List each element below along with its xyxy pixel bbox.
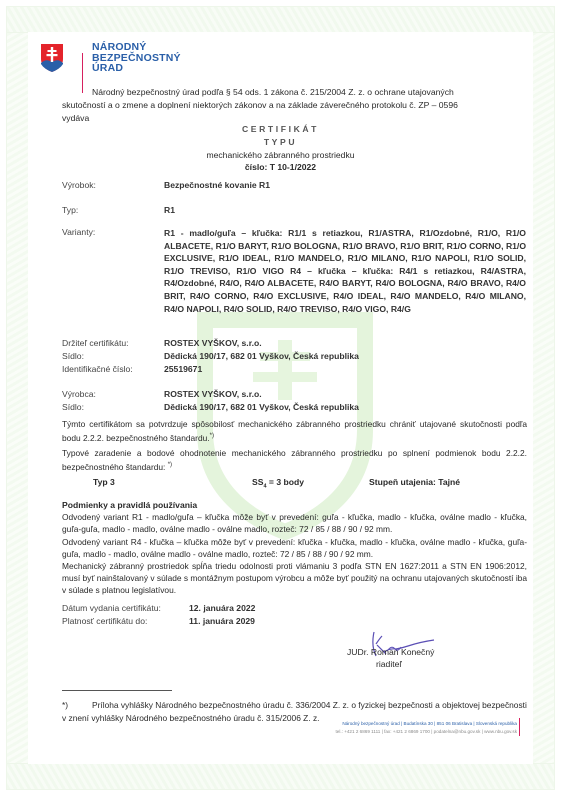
footnote-divider xyxy=(62,690,172,691)
signatory-role: riaditeľ xyxy=(376,659,402,669)
address-line: Národný bezpečnostný úrad | Budatínska 3… xyxy=(342,720,517,727)
confirmation-paragraph: Týmto certifikátom sa potvrdzuje spôsobi… xyxy=(62,418,527,444)
holder-seat-value: Dědická 190/17, 682 01 Vyškov, Česká rep… xyxy=(164,351,359,361)
type-label: Typ: xyxy=(62,205,78,215)
holder-value: ROSTEX VYŠKOV, s.r.o. xyxy=(164,338,262,348)
manufacturer-label: Výrobca: xyxy=(62,389,96,399)
guilloche-border-bottom xyxy=(6,762,555,790)
classification-paragraph: Typové zaradenie a bodové ohodnotenie me… xyxy=(62,447,527,473)
certificate-title: CERTIFIKÁT xyxy=(0,124,561,134)
holder-id-value: 25519671 xyxy=(164,364,202,374)
classification-level: Stupeň utajenia: Tajné xyxy=(369,476,460,489)
classification-score: SS4 = 3 body xyxy=(252,476,304,493)
manufacturer-value: ROSTEX VYŠKOV, s.r.o. xyxy=(164,389,262,399)
conditions-r1: Odvodený variant R1 - madlo/guľa – kľučk… xyxy=(62,511,527,535)
variants-label: Varianty: xyxy=(62,227,95,237)
slovak-coat-of-arms-icon xyxy=(40,43,64,73)
guilloche-border-top xyxy=(6,6,555,34)
valid-until-label: Platnosť certifikátu do: xyxy=(62,616,147,626)
product-label: Výrobok: xyxy=(62,180,96,190)
certificate-subtitle: TYPU xyxy=(0,137,561,147)
holder-id-label: Identifikačné číslo: xyxy=(62,364,133,374)
conditions-heading: Podmienky a pravidlá používania xyxy=(62,499,197,512)
certificate-description: mechanického zábranného prostriedku xyxy=(0,150,561,160)
issue-date-value: 12. januára 2022 xyxy=(189,603,255,613)
logo-text: NÁRODNÝ BEZPEČNOSTNÝ ÚRAD xyxy=(92,42,181,74)
intro-paragraph: Národný bezpečnostný úrad podľa § 54 ods… xyxy=(62,86,527,124)
classification-type: Typ 3 xyxy=(93,476,115,489)
address-accent-bar xyxy=(519,718,520,736)
conditions-resistance: Mechanický zábranný prostriedok spĺňa tr… xyxy=(62,560,527,597)
manufacturer-seat-label: Sídlo: xyxy=(62,402,84,412)
variants-value: R1 - madlo/guľa – kľučka: R1/1 s retiazk… xyxy=(164,227,526,315)
manufacturer-seat-value: Dědická 190/17, 682 01 Vyškov, Česká rep… xyxy=(164,402,359,412)
holder-label: Držiteľ certifikátu: xyxy=(62,338,129,348)
product-value: Bezpečnostné kovanie R1 xyxy=(164,180,270,190)
signatory-name: JUDr. Roman Konečný xyxy=(347,647,434,657)
holder-seat-label: Sídlo: xyxy=(62,351,84,361)
conditions-r4: Odvodený variant R4 - kľučka – kľučka mô… xyxy=(62,536,527,560)
certificate-number: číslo: T 10-1/2022 xyxy=(0,162,561,172)
valid-until-value: 11. januára 2029 xyxy=(189,616,255,626)
contact-line: tel.: +421 2 6869 1111 | fax: +421 2 686… xyxy=(336,728,517,735)
issue-date-label: Dátum vydania certifikátu: xyxy=(62,603,161,613)
type-value: R1 xyxy=(164,205,175,215)
